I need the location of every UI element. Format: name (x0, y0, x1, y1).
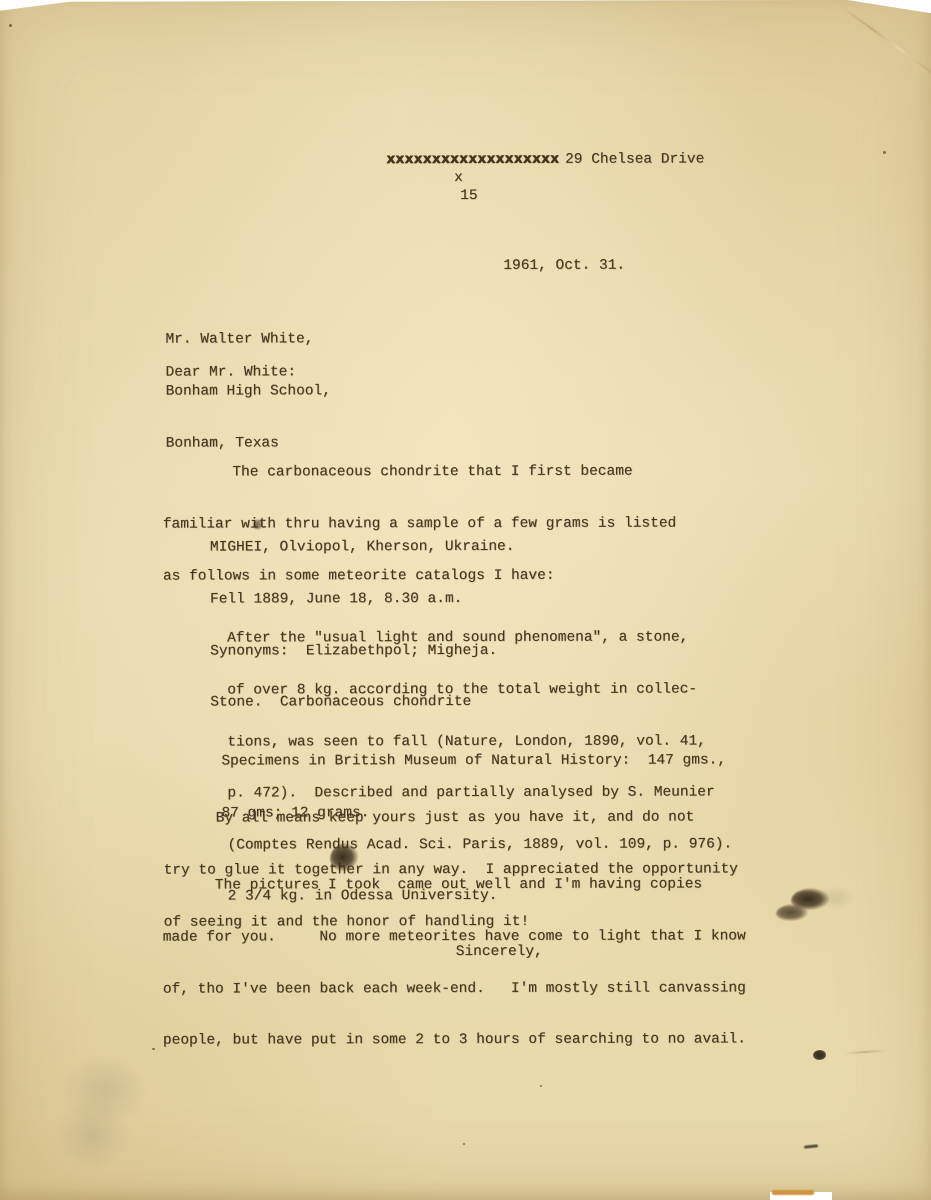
paper-speck (152, 1048, 155, 1050)
quote-line: After the "usual light and sound phenome… (227, 630, 732, 648)
paper-speck (463, 1143, 465, 1145)
strikeout-x-mark: x (454, 170, 463, 187)
paragraph-pictures: The pictures I took came out well and I'… (163, 842, 747, 1084)
paragraph-line: of, tho I've been back each week-end. I'… (163, 980, 746, 998)
catalog-line: MIGHEI, Olviopol, Kherson, Ukraine. (210, 539, 515, 557)
closing-sincerely: Sincerely, (456, 944, 543, 961)
paragraph-line: made for you. No more meteorites have co… (163, 928, 746, 946)
return-address: 29 Chelsea Drive (565, 151, 704, 168)
pencil-mark (813, 1050, 826, 1060)
date-line: 1961, Oct. 31. (503, 258, 625, 275)
letterhead-strikeout: xxxxxxxxxxxxxxxxxxx (386, 152, 559, 170)
bottom-edge-orange (772, 1190, 814, 1195)
paragraph-line: The carbonaceous chondrite that I first … (163, 464, 676, 482)
recipient-name: Mr. Walter White, (165, 332, 330, 350)
paragraph-line: The pictures I took came out well and I'… (163, 877, 746, 895)
graphite-smudge-lower (55, 1100, 130, 1170)
paper-speck (540, 1085, 542, 1087)
page-number: 15 (460, 188, 477, 205)
gray-halo-smudge (815, 886, 855, 910)
recipient-school: Bonham High School, (166, 383, 331, 401)
letter-text: xxxxxxxxxxxxxxxxxxx 29 Chelsea Drive x 1… (0, 0, 931, 1200)
paper-speck (9, 24, 12, 27)
specimens-line: Specimens in British Museum of Natural H… (221, 753, 726, 771)
quote-line: of over 8 kg. according to the total wei… (227, 681, 732, 699)
paragraph-line: By all means keep yours just as you have… (163, 810, 737, 828)
salutation: Dear Mr. White: (166, 364, 297, 381)
paper-speck (883, 151, 886, 154)
paragraph-line: people, but have put in some 2 to 3 hour… (163, 1032, 746, 1050)
